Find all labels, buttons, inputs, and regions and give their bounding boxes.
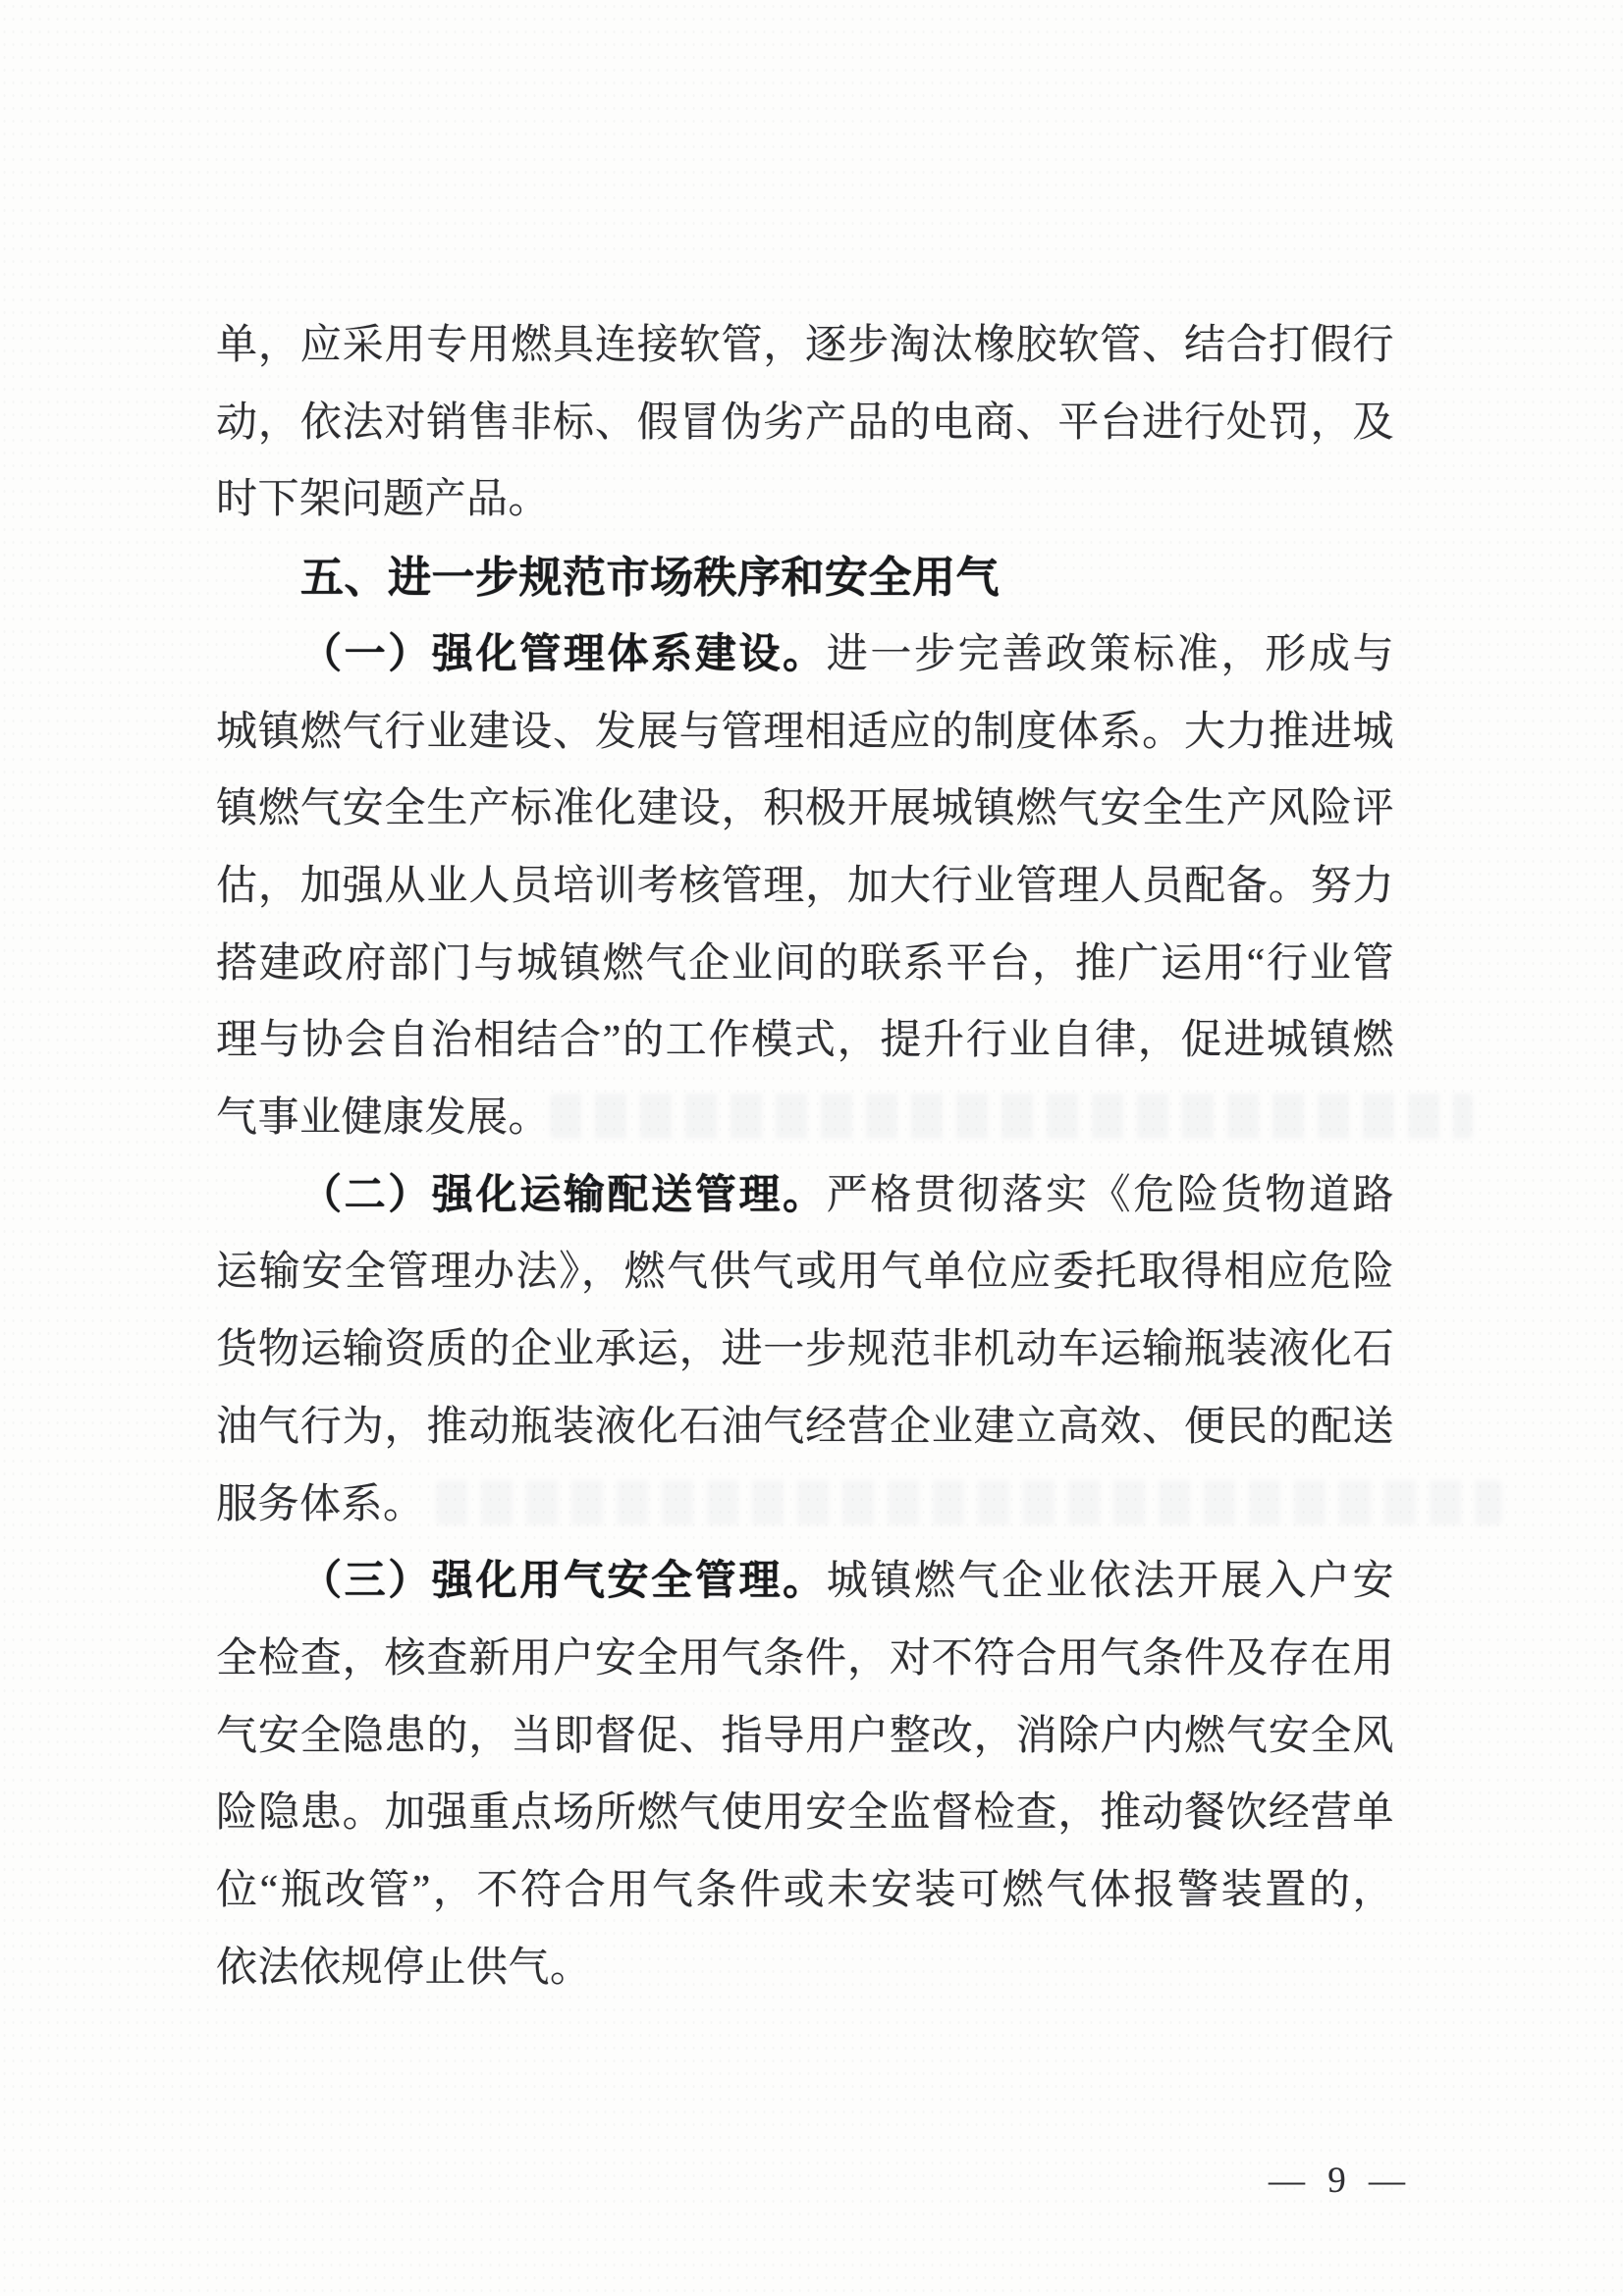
page-number: — 9 — (1269, 2152, 1465, 2211)
text-line: 估，加强从业人员培训考核管理，加大行业管理人员配备。努力 (216, 848, 1394, 926)
paragraph-lead: （三）强化用气安全管理。 (300, 1559, 827, 1604)
paragraph-text: 城镇燃气企业依法开展入户安 (827, 1559, 1394, 1604)
document-page: — 9 — 单，应采用专用燃具连接软管，逐步淘汰橡胶软管、结合打假行动，依法对销… (0, 0, 1623, 2296)
text-line: 位“瓶改管”，不符合用气条件或未安装可燃气体报警装置的， (216, 1852, 1394, 1930)
text-line: 油气行为，推动瓶装液化石油气经营企业建立高效、便民的配送 (216, 1389, 1394, 1467)
text-line: （三）强化用气安全管理。城镇燃气企业依法开展入户安 (216, 1543, 1394, 1621)
text-line: 城镇燃气行业建设、发展与管理相适应的制度体系。大力推进城 (216, 694, 1394, 772)
text-line: 险隐患。加强重点场所燃气使用安全监督检查，推动餐饮经营单 (216, 1775, 1394, 1852)
text-line: 气安全隐患的，当即督促、指导用户整改，消除户内燃气安全风 (216, 1698, 1394, 1776)
paragraph-lead: （一）强化管理体系建设。 (300, 632, 827, 677)
paragraph-text: 严格贯彻落实《危险货物道路 (827, 1173, 1394, 1218)
text-line: 气事业健康发展。 (216, 1080, 1394, 1157)
text-line: 运输安全管理办法》，燃气供气或用气单位应委托取得相应危险 (216, 1234, 1394, 1311)
section-heading: 五、进一步规范市场秩序和安全用气 (216, 539, 1394, 616)
text-line: 镇燃气安全生产标准化建设，积极开展城镇燃气安全生产风险评 (216, 771, 1394, 848)
text-line: （二）强化运输配送管理。严格贯彻落实《危险货物道路 (216, 1157, 1394, 1235)
text-line: 依法依规停止供气。 (216, 1930, 1394, 2007)
text-line: 单，应采用专用燃具连接软管，逐步淘汰橡胶软管、结合打假行 (216, 307, 1394, 385)
text-line: 时下架问题产品。 (216, 461, 1394, 539)
paragraph-text: 进一步完善政策标准，形成与 (827, 632, 1394, 677)
text-line: 货物运输资质的企业承运，进一步规范非机动车运输瓶装液化石 (216, 1311, 1394, 1389)
text-line: 理与协会自治相结合”的工作模式，提升行业自律，促进城镇燃 (216, 1002, 1394, 1080)
paragraph-lead: （二）强化运输配送管理。 (300, 1173, 827, 1218)
text-line: 服务体系。 (216, 1467, 1394, 1544)
text-line: （一）强化管理体系建设。进一步完善政策标准，形成与 (216, 616, 1394, 694)
text-line: 动，依法对销售非标、假冒伪劣产品的电商、平台进行处罚，及 (216, 385, 1394, 462)
text-line: 全检查，核查新用户安全用气条件，对不符合用气条件及存在用 (216, 1621, 1394, 1698)
text-line: 搭建政府部门与城镇燃气企业间的联系平台，推广运用“行业管 (216, 926, 1394, 1003)
